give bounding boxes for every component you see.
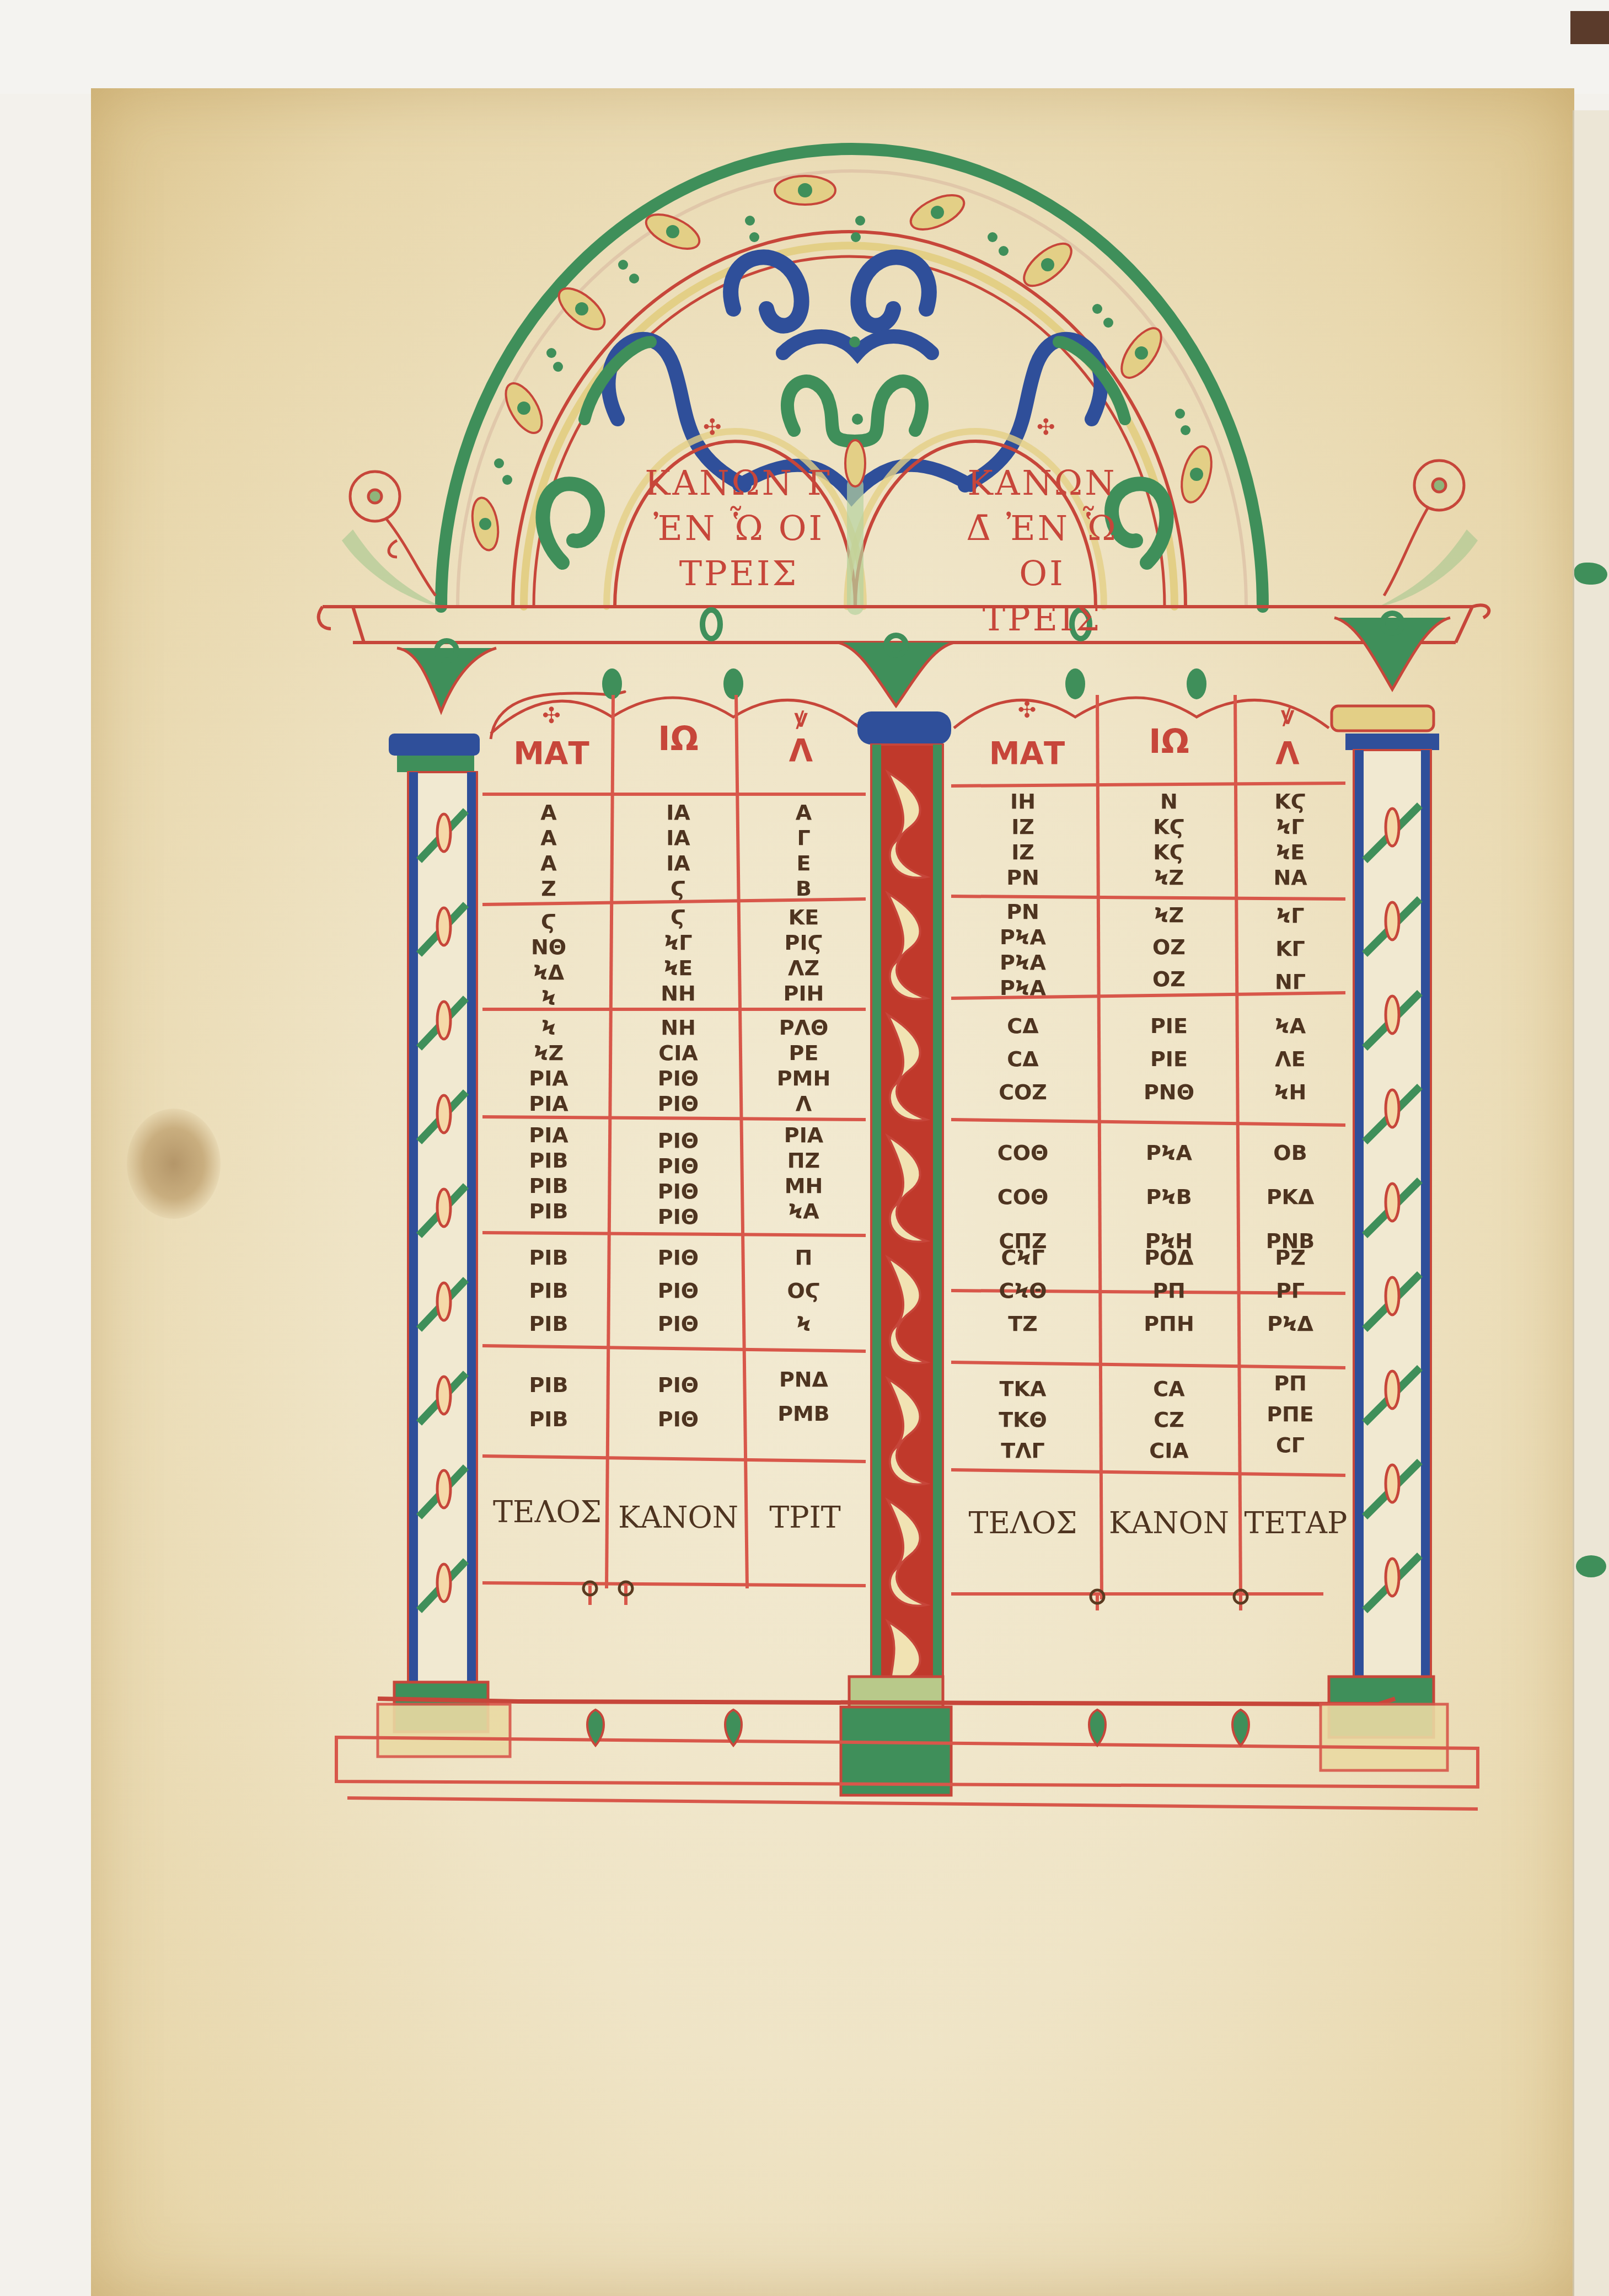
table-cell: ΡΙΘ ΡΙΘ — [615, 1368, 742, 1436]
table-cell: ΡΟΔ ΡΠ ΡΠΗ — [1103, 1241, 1235, 1340]
table-cell: ΡΝ ΡϞΑ ΡϞΑ ΡϞΑ — [959, 899, 1086, 1000]
header-luke: Λ — [742, 734, 860, 769]
table-cell: ΡΙΒ ΡΙΒ — [491, 1368, 607, 1436]
title-line: ΤΡΕΙΣ — [637, 551, 841, 596]
title-line: ἘΝ Ὧ ΟΙ — [637, 506, 841, 551]
table-cell: Α Γ Ε Β — [747, 800, 860, 901]
footer-kanon: ΚΑΝΟΝ — [612, 1500, 744, 1535]
table-cell: ϹΔ ϹΔ ϹΟΖ — [959, 1009, 1086, 1109]
footer-kanon: ΚΑΝΟΝ — [1100, 1506, 1238, 1540]
table-cell: Ϛ ΝΘ ϞΔ Ϟ — [491, 909, 607, 1010]
title-line: ΚΑΝΩΝ — [937, 461, 1147, 506]
table-cell: ΚΕ ΡΙϚ ΛΖ ΡΙΗ — [747, 905, 860, 1006]
title-line: ΚΑΝΩΝ Γ — [637, 461, 841, 506]
table-cell: ΙΗ ΙΖ ΙΖ ΡΝ — [959, 789, 1086, 890]
table-cell: ΡΛΘ ΡΕ ΡΜΗ Λ — [747, 1015, 860, 1116]
table-cell: ΡΙΘ ΡΙΘ ΡΙΘ ΡΙΘ — [615, 1128, 742, 1229]
table-cell: ΝΗ ϹΙΑ ΡΙΘ ΡΙΘ — [615, 1015, 742, 1116]
table-cell: ΡΝΔ ΡΜΒ — [747, 1362, 860, 1431]
table-cell: ΙΑ ΙΑ ΙΑ Ϛ — [615, 800, 742, 901]
flower-ornament-icon — [350, 461, 1464, 596]
title-cross-icon: ✣ — [1037, 415, 1055, 440]
table-cell: ϹΑ ϹΖ ϹΙΑ — [1103, 1373, 1235, 1466]
table-cell: Ϟ ϞΖ ΡΙΑ ΡΙΑ — [491, 1015, 607, 1116]
header-symbol-luke-icon: ꝟ — [742, 700, 860, 734]
table-cell: ΡΙΕ ΡΙΕ ΡΝΘ — [1103, 1009, 1235, 1109]
table-cell: ΤΚΑ ΤΚΘ ΤΛΓ — [959, 1373, 1086, 1466]
canon-4-title: ΚΑΝΩΝ Δ̄ ἘΝ Ὧ ΟΙ ΤΡΕΙΣ — [937, 461, 1147, 641]
header-symbol-matthew-icon: ✣ — [491, 703, 612, 729]
header-john: ΙΩ — [615, 720, 742, 758]
footer-trit: ΤΡΙΤ — [747, 1500, 863, 1535]
table-cell: ϞΑ ΛΕ ϞΗ — [1241, 1009, 1340, 1109]
canon-3-title: ΚΑΝΩΝ Γ ἘΝ Ὧ ΟΙ ΤΡΕΙΣ — [637, 461, 841, 596]
footer-telos: ΤΕΛΟΣ — [485, 1495, 609, 1529]
title-line: Δ̄ ἘΝ Ὧ ΟΙ — [937, 506, 1147, 596]
header-matthew: ΜΑΤ — [491, 736, 612, 772]
table-cell: ΚϚ ϞΓ ϞΕ ΝΑ — [1241, 789, 1340, 890]
header-symbol-matthew-icon: ✣ — [959, 698, 1095, 723]
header-matthew: ΜΑΤ — [959, 736, 1095, 772]
table-cell: ΡΙΑ ΠΖ ΜΗ ϞΑ — [747, 1122, 860, 1224]
table-cell: ϞΖ ΟΖ ΟΖ — [1103, 899, 1235, 995]
table-cell: Π ΟϚ Ϟ — [747, 1241, 860, 1340]
header-john: ΙΩ — [1103, 722, 1235, 761]
table-cell: ΡΙΒ ΡΙΒ ΡΙΒ — [491, 1241, 607, 1340]
header-luke: Λ — [1241, 736, 1334, 772]
footer-telos: ΤΕΛΟΣ — [954, 1506, 1092, 1540]
table-cell: ΡΙΑ ΡΙΒ ΡΙΒ ΡΙΒ — [491, 1122, 607, 1224]
table-cell: Α Α Α Ζ — [491, 800, 607, 901]
table-cell: ΡΖ ΡΓ ΡϞΔ — [1241, 1241, 1340, 1340]
table-cell: ΡΠ ΡΠΕ ϹΓ — [1241, 1368, 1340, 1460]
table-cell: Ϛ ϞΓ ϞΕ ΝΗ — [615, 905, 742, 1006]
header-symbol-luke-icon: ꝟ — [1241, 698, 1334, 731]
title-cross-icon: ✣ — [703, 415, 722, 440]
footer-tetar: ΤΕΤΑΡ — [1241, 1506, 1351, 1540]
table-cell: Ν ΚϚ ΚϚ ϞΖ — [1103, 789, 1235, 890]
table-cell: ΡΙΘ ΡΙΘ ΡΙΘ — [615, 1241, 742, 1340]
arcade-base — [336, 1677, 1478, 1809]
table-cell: ϹϞΓ ϹϞΘ ΤΖ — [959, 1241, 1086, 1340]
title-line: ΤΡΕΙΣ — [937, 596, 1147, 641]
table-cell: ϞΓ ΚΓ ΝΓ — [1241, 899, 1340, 998]
